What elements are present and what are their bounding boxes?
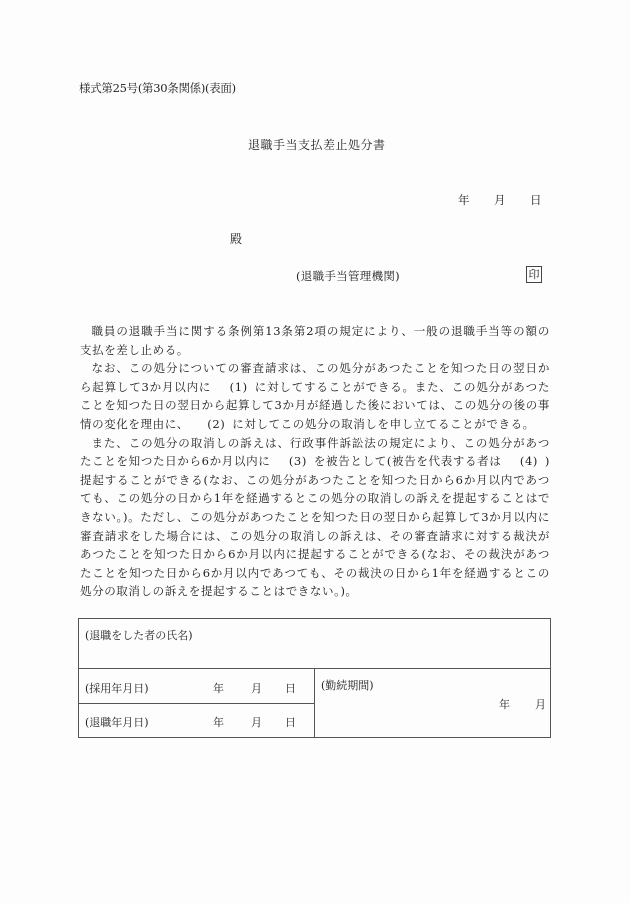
blank-3: (3) [270, 452, 313, 471]
date-day-label: 日 [530, 192, 542, 208]
retire-month-label: 月 [251, 714, 262, 730]
retire-date-label: (退職年月日) [85, 714, 149, 730]
date-year-label: 年 [458, 192, 470, 208]
text-segment: を被告として(被告を代表する者は [314, 454, 502, 468]
employee-info-table: (退職をした者の氏名) (採用年月日) 年 月 日 (退職年月日) 年 月 日 … [78, 618, 551, 738]
form-number: 様式第25号(第30条関係)(表面) [79, 80, 236, 96]
paragraph-1: 職員の退職手当に関する条例第13条第2項の規定により、一般の退職手当等の額の支払… [80, 322, 550, 359]
hire-year-label: 年 [213, 680, 224, 696]
retire-date-row: (退職年月日) 年 月 日 [79, 704, 315, 738]
service-year-label: 年 [499, 696, 510, 712]
hire-date-row: (採用年月日) 年 月 日 [79, 669, 315, 704]
text-segment: )提起することができる(なお、この処分があつたことを知つた日から6か月以内であつ… [80, 454, 550, 598]
name-label: (退職をした者の氏名) [85, 627, 193, 643]
text-segment: に対してこの処分の取消しを申し立てることができる。 [232, 417, 535, 431]
service-period-label: (勤続期間) [321, 677, 374, 693]
issuer-label: (退職手当管理機関) [296, 268, 400, 284]
paragraph-3: また、この処分の取消しの訴えは、行政事件訴訟法の規定により、この処分があつたこと… [80, 434, 550, 601]
addressee-suffix: 殿 [230, 230, 242, 247]
hire-day-label: 日 [285, 680, 296, 696]
service-month-label: 月 [535, 696, 546, 712]
document-title: 退職手当支払差止処分書 [248, 136, 386, 153]
retire-year-label: 年 [213, 714, 224, 730]
paragraph-2: なお、この処分についての審査請求は、この処分があつたことを知つた日の翌日から起算… [80, 359, 550, 433]
seal-mark: 印 [526, 266, 542, 283]
blank-2: (2) [189, 415, 232, 434]
blank-4: (4) [502, 452, 545, 471]
service-period-cell: (勤続期間) 年 月 [315, 669, 550, 738]
hire-date-label: (採用年月日) [85, 680, 149, 696]
name-row: (退職をした者の氏名) [79, 619, 550, 669]
hire-month-label: 月 [251, 680, 262, 696]
blank-1: (1) [211, 378, 254, 397]
body-text: 職員の退職手当に関する条例第13条第2項の規定により、一般の退職手当等の額の支払… [80, 322, 550, 601]
retire-day-label: 日 [285, 714, 296, 730]
date-month-label: 月 [494, 192, 506, 208]
